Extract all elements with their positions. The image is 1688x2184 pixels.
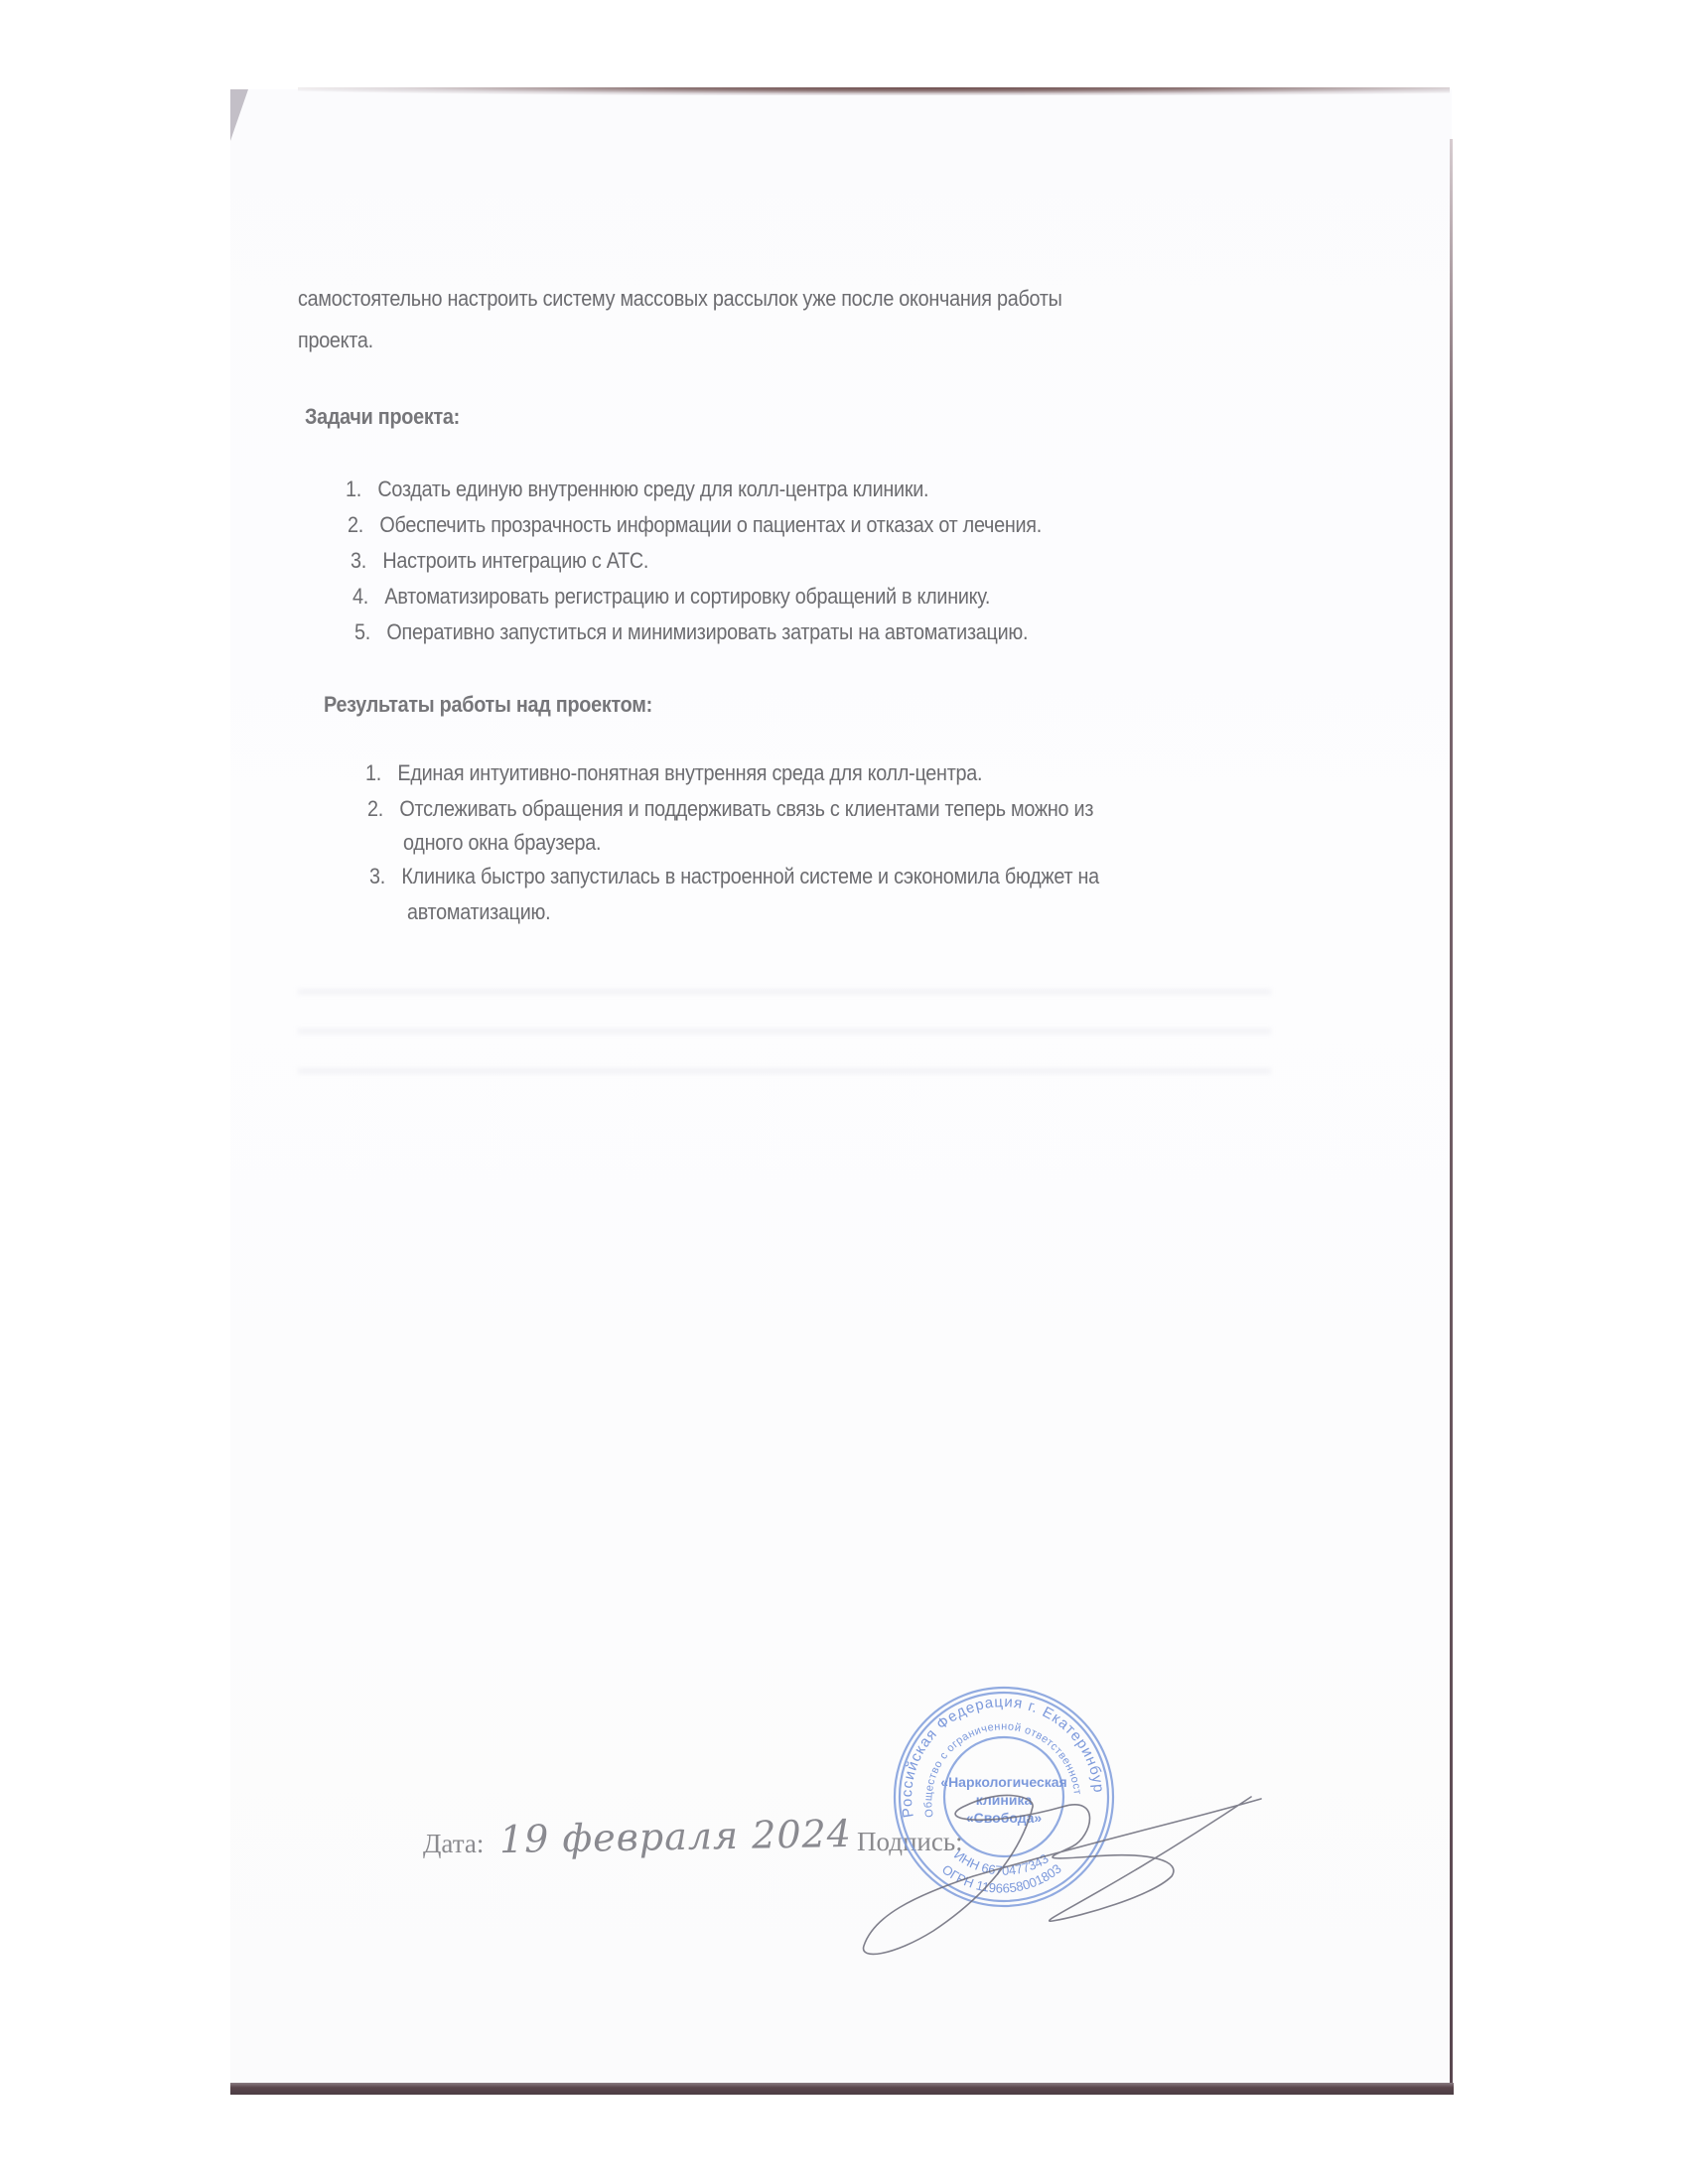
page-top-shadow <box>298 87 1450 95</box>
task-item: 2.Обеспечить прозрачность информации о п… <box>348 512 1042 538</box>
task-item: 3.Настроить интеграцию с АТС. <box>351 548 648 574</box>
result-item-continuation: одного окна браузера. <box>403 830 601 856</box>
task-item: 5.Оперативно запуститься и минимизироват… <box>354 619 1028 645</box>
result-item: 3.Клиника быстро запустилась в настроенн… <box>369 864 1099 889</box>
result-item-continuation: автоматизацию. <box>407 899 550 925</box>
results-heading: Результаты работы над проектом: <box>324 692 652 718</box>
date-handwritten: 19 февраля 2024 <box>499 1812 853 1861</box>
task-item: 4.Автоматизировать регистрацию и сортиро… <box>352 584 990 610</box>
task-item: 1.Создать единую внутреннюю среду для ко… <box>346 477 928 502</box>
intro-text-line-1: самостоятельно настроить систему массовы… <box>298 286 1062 312</box>
intro-text-line-2: проекта. <box>298 328 373 353</box>
result-item: 1.Единая интуитивно-понятная внутренняя … <box>365 760 982 786</box>
tasks-heading: Задачи проекта: <box>305 404 460 430</box>
bleed-through-texture <box>298 973 1271 1092</box>
date-label: Дата: <box>423 1829 484 1859</box>
page-right-edge <box>1450 139 1453 2085</box>
page-bottom-edge <box>230 2083 1454 2095</box>
handwritten-signature <box>854 1767 1271 1966</box>
corner-fold <box>230 89 248 141</box>
result-item: 2.Отслеживать обращения и поддерживать с… <box>367 796 1093 822</box>
